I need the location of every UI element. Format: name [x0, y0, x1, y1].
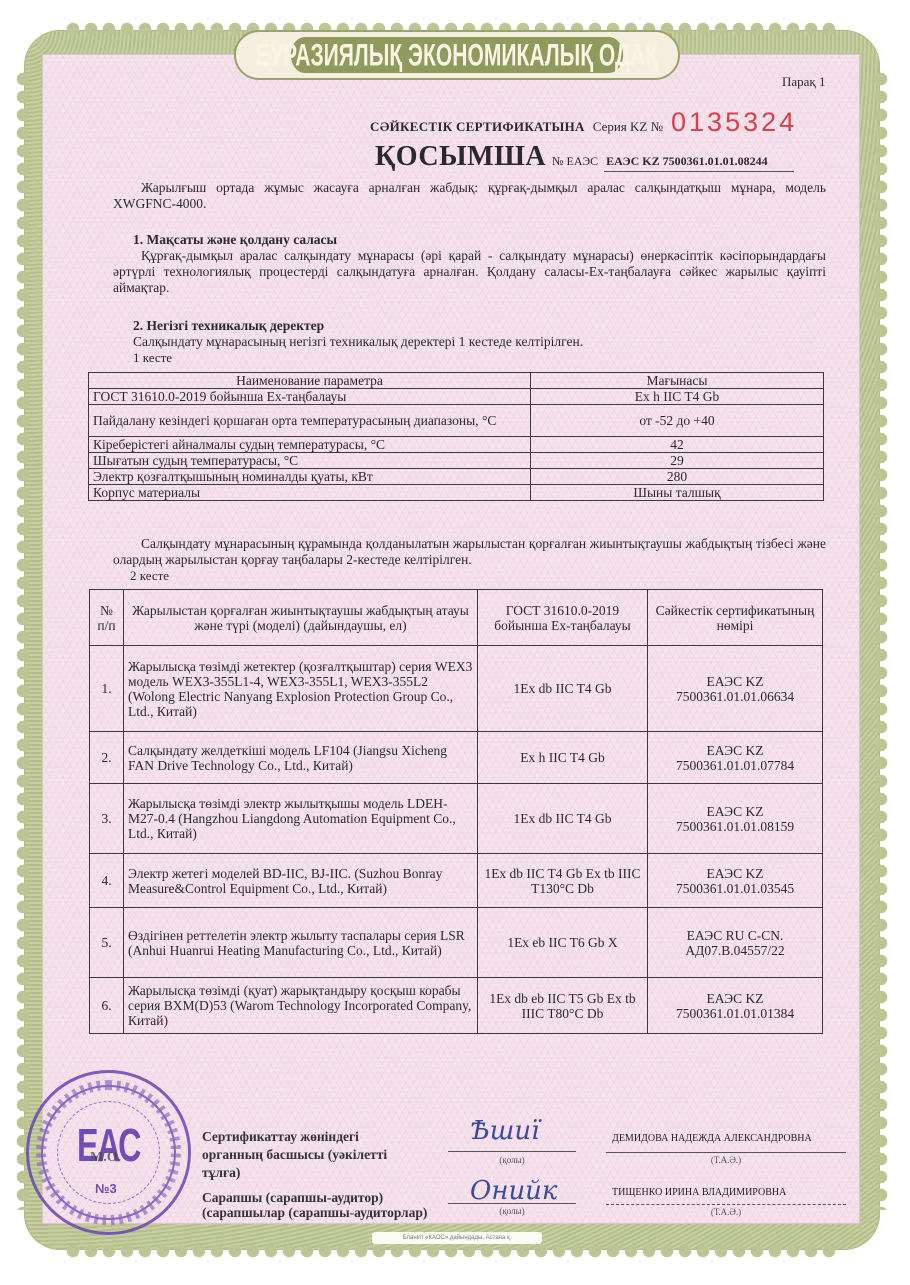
table-cell: 1.	[90, 646, 124, 732]
head-signature-line	[448, 1151, 576, 1152]
seal-number: №3	[95, 1181, 117, 1196]
intro-text: Жарылғыш ортада жұмыс жасауға арналған ж…	[113, 180, 826, 211]
table-row: 1. Жарылысқа төзімді жетектер (қозғалтқы…	[90, 646, 823, 732]
serial-number: 0135324	[671, 107, 797, 138]
table-2: № п/п Жарылыстан қорғалған жиынтықтаушы …	[89, 589, 823, 1034]
table-1-header-value: Мағынасы	[531, 373, 824, 389]
border-scallop-left	[16, 70, 30, 1210]
table-cell: 2.	[90, 732, 124, 784]
head-signature-caption: (қолы)	[448, 1155, 576, 1165]
expert-signature-line	[448, 1203, 576, 1204]
table-2-header: № п/п Жарылыстан қорғалған жиынтықтаушы …	[90, 590, 823, 646]
table-row: ГОСТ 31610.0-2019 бойынша Ех-таңбалауы E…	[89, 389, 824, 405]
table-cell: Жарылысқа төзімді (қуат) жарықтандыру қо…	[124, 978, 478, 1034]
annex-number-label: № ЕАЭС	[552, 154, 598, 169]
table-2-caption: 2 кесте	[113, 568, 826, 584]
table-cell: 29	[531, 453, 824, 469]
section-1: 1. Мақсаты және қолдану саласы Құрғақ-ды…	[113, 232, 826, 296]
table-cell: Өздігінен реттелетін электр жылыту таспа…	[124, 908, 478, 978]
table-1-header-param: Наименование параметра	[89, 373, 531, 389]
head-signature-icon: Ѣшиї	[470, 1116, 540, 1146]
table-cell: Жарылысқа төзімді жетектер (қозғалтқышта…	[124, 646, 478, 732]
annex-line: ҚОСЫМША № ЕАЭС ЕАЭС KZ 7500361.01.01.082…	[375, 141, 794, 173]
table-row: Корпус материалы Шыны талшық	[89, 485, 824, 501]
expert-signature-caption: (қолы)	[448, 1206, 576, 1216]
table-cell: ЕАЭС KZ 7500361.01.01.03545	[648, 854, 823, 908]
table-1: Наименование параметра Мағынасы ГОСТ 316…	[88, 372, 824, 501]
table-cell: 6.	[90, 978, 124, 1034]
table-cell: от -52 до +40	[531, 405, 824, 437]
table-cell: Шығатын судың температурасы, °С	[89, 453, 531, 469]
table-row: 6. Жарылысқа төзімді (қуат) жарықтандыру…	[90, 978, 823, 1034]
table-row: Кіреберістегі айналмалы судың температур…	[89, 437, 824, 453]
table-cell: Корпус материалы	[89, 485, 531, 501]
table-cell: Электр қозғалтқышының номиналды қуаты, к…	[89, 469, 531, 485]
table-cell: 1Ex db IIC T4 Gb Ex tb IIIC T130°C Db	[478, 854, 648, 908]
table-2-intro: Салқындату мұнарасының құрамында қолданы…	[113, 536, 826, 584]
table-cell: Ex h IIC T4 Gb	[478, 732, 648, 784]
table-cell: ЕАЭС KZ 7500361.01.01.08159	[648, 784, 823, 854]
page-number: Парақ 1	[782, 74, 826, 90]
table-1-header: Наименование параметра Мағынасы	[89, 373, 824, 389]
expert-signature-icon: Онийк	[470, 1176, 557, 1206]
expert-signatory-label: Сарапшы (сарапшы-аудитор) (сарапшылар (с…	[202, 1190, 452, 1220]
header-banner: ЕУРАЗИЯЛЫҚ ЭКОНОМИКАЛЫҚ ОДАҚ	[234, 30, 680, 80]
table-cell: ЕАЭС RU C-CN. АД07.В.04557/22	[648, 908, 823, 978]
head-signatory-name: ДЕМИДОВА НАДЕЖДА АЛЕКСАНДРОВНА	[612, 1133, 812, 1144]
table-cell: Шыны талшық	[531, 485, 824, 501]
section-2: 2. Негізгі техникалық деректер Салқындат…	[113, 318, 826, 366]
table-row: 5. Өздігінен реттелетін электр жылыту та…	[90, 908, 823, 978]
table-cell: 5.	[90, 908, 124, 978]
table-cell: 1Ex eb IIC T6 Gb X	[478, 908, 648, 978]
table-row: Пайдалану кезіндегі қоршаған орта темпер…	[89, 405, 824, 437]
table-cell: 1Ex db eb IIC T5 Gb Ex tb IIIC T80°C Db	[478, 978, 648, 1034]
table-cell: 4.	[90, 854, 124, 908]
border-scallop-bottom	[64, 1244, 840, 1258]
head-signatory-label: Сертификаттау жөніндегі органның басшысы…	[202, 1128, 402, 1182]
certificate-line: СӘЙКЕСТІК СЕРТИФИКАТЫНА Серия KZ № 01353…	[370, 107, 797, 138]
section-2-heading: 2. Негізгі техникалық деректер	[113, 318, 826, 334]
table-cell: 1Ex db IIC T4 Gb	[478, 784, 648, 854]
table-cell: Салқындату желдеткіші модель LF104 (Jian…	[124, 732, 478, 784]
section-1-heading: 1. Мақсаты және қолдану саласы	[113, 232, 826, 248]
annex-title: ҚОСЫМША	[375, 141, 546, 173]
certificate-title: СӘЙКЕСТІК СЕРТИФИКАТЫНА	[370, 119, 585, 135]
table-2-header-description: Жарылыстан қорғалған жиынтықтаушы жабдық…	[124, 590, 478, 646]
table-cell: 42	[531, 437, 824, 453]
table-2-header-number: № п/п	[90, 590, 124, 646]
table-row: Шығатын судың температурасы, °С 29	[89, 453, 824, 469]
table-row: 2. Салқындату желдеткіші модель LF104 (J…	[90, 732, 823, 784]
table-row: Электр қозғалтқышының номиналды қуаты, к…	[89, 469, 824, 485]
expert-name-caption: (Т.А.Ә.)	[606, 1207, 846, 1217]
head-name-caption: (Т.А.Ә.)	[606, 1155, 846, 1165]
border-scallop-right	[874, 70, 888, 1210]
table-row: 4. Электр жетегі моделей BD-IIC, BJ-IIC.…	[90, 854, 823, 908]
table-cell: ЕАЭС KZ 7500361.01.01.01384	[648, 978, 823, 1034]
table-cell: ЕАЭС KZ 7500361.01.01.06634	[648, 646, 823, 732]
table-2-header-ex-marking: ГОСТ 31610.0-2019 бойынша Ех-таңбалауы	[478, 590, 648, 646]
expert-signatory-name: ТИЩЕНКО ИРИНА ВЛАДИМИРОВНА	[612, 1187, 786, 1198]
table-cell: Ex h IIC T4 Gb	[531, 389, 824, 405]
table-2-header-certificate: Сәйкестік сертификатының нөмірі	[648, 590, 823, 646]
table-cell: Пайдалану кезіндегі қоршаған орта темпер…	[89, 405, 531, 437]
expert-name-line	[606, 1204, 846, 1205]
table-cell: 1Ex db IIC T4 Gb	[478, 646, 648, 732]
section-1-text: Құрғақ-дымқыл аралас салқындату мұнарасы…	[113, 248, 826, 295]
series-label: Серия KZ №	[593, 119, 663, 135]
table-cell: Жарылысқа төзімді электр жылытқышы модел…	[124, 784, 478, 854]
table-cell: Кіреберістегі айналмалы судың температур…	[89, 437, 531, 453]
table-1-caption: 1 кесте	[113, 350, 826, 366]
table-cell: Электр жетегі моделей BD-IIC, BJ-IIC. (S…	[124, 854, 478, 908]
table-cell: 280	[531, 469, 824, 485]
head-name-line	[606, 1152, 846, 1153]
printer-note: Бланкті «КАОС» дайындады. Астана қ.	[372, 1232, 542, 1244]
table-cell: ГОСТ 31610.0-2019 бойынша Ех-таңбалауы	[89, 389, 531, 405]
section-2-text: Салқындату мұнарасының негізгі техникалы…	[113, 334, 826, 350]
table-row: 3. Жарылысқа төзімді электр жылытқышы мо…	[90, 784, 823, 854]
table-cell: 3.	[90, 784, 124, 854]
annex-number: ЕАЭС KZ 7500361.01.01.08244	[604, 154, 794, 172]
banner-title: ЕУРАЗИЯЛЫҚ ЭКОНОМИКАЛЫҚ ОДАҚ	[256, 37, 658, 73]
table-cell: ЕАЭС KZ 7500361.01.01.07784	[648, 732, 823, 784]
table-2-intro-text: Салқындату мұнарасының құрамында қолданы…	[113, 536, 826, 567]
stamp-place-label: М.О.	[90, 1150, 121, 1166]
intro-paragraph: Жарылғыш ортада жұмыс жасауға арналған ж…	[113, 180, 826, 212]
